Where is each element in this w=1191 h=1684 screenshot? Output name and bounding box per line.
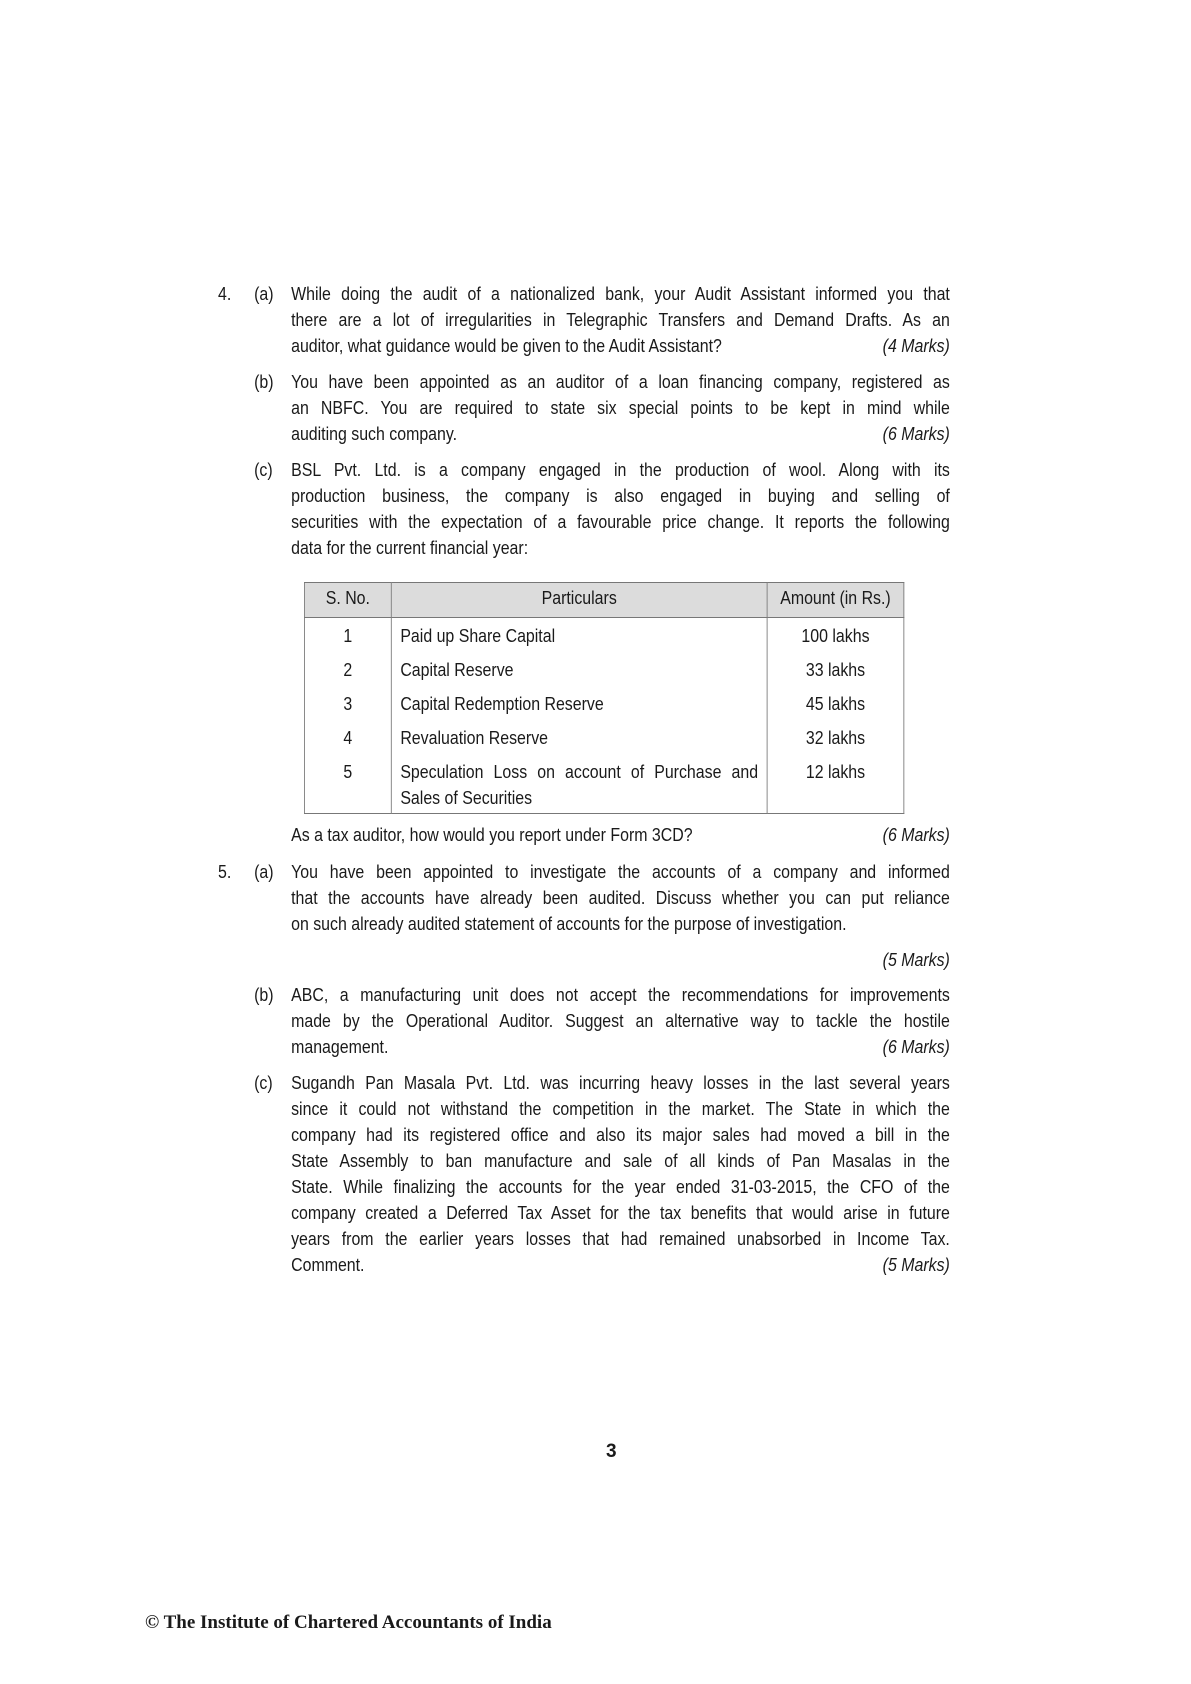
question-4a-text: While doing the audit of a nationalized …	[291, 281, 950, 359]
question-4: 4. (a) While doing the audit of a nation…	[218, 281, 1098, 359]
table-row: 4 Revaluation Reserve 32 lakhs	[304, 719, 903, 753]
question-4b: (b) You have been appointed as an audito…	[218, 369, 1098, 447]
question-4c: (c) BSL Pvt. Ltd. is a company engaged i…	[218, 457, 1098, 561]
question-5c-text: Sugandh Pan Masala Pvt. Ltd. was incurri…	[291, 1070, 950, 1278]
part-label: (c)	[254, 457, 273, 483]
column-header: Amount (in Rs.)	[767, 583, 904, 618]
table-row: 3 Capital Redemption Reserve 45 lakhs	[304, 685, 903, 719]
part-label: (b)	[254, 982, 273, 1008]
question-5a-text: You have been appointed to investigate t…	[291, 859, 950, 973]
table-row: 5 Speculation Loss on account of Purchas…	[304, 753, 903, 814]
part-label: (a)	[254, 281, 273, 307]
question-4c-text: BSL Pvt. Ltd. is a company engaged in th…	[291, 457, 950, 561]
table-row: 2 Capital Reserve 33 lakhs	[304, 651, 903, 685]
marks: (6 Marks)	[883, 822, 950, 848]
table-header-row: S. No. Particulars Amount (in Rs.)	[304, 583, 903, 618]
question-5: 5. (a) You have been appointed to invest…	[218, 859, 1098, 969]
question-number: 4.	[218, 281, 231, 307]
marks: (5 Marks)	[883, 949, 950, 970]
table-row: 1 Paid up Share Capital 100 lakhs	[304, 618, 903, 652]
page-number: 3	[606, 1441, 617, 1463]
marks: (6 Marks)	[883, 421, 950, 447]
marks: (4 Marks)	[883, 333, 950, 359]
question-5c: (c) Sugandh Pan Masala Pvt. Ltd. was inc…	[218, 1070, 1098, 1278]
question-number: 5.	[218, 859, 231, 885]
part-label: (b)	[254, 369, 273, 395]
question-4b-text: You have been appointed as an auditor of…	[291, 369, 950, 447]
part-label: (c)	[254, 1070, 273, 1096]
data-table: S. No. Particulars Amount (in Rs.) 1 Pai…	[304, 582, 904, 814]
copyright-footer: © The Institute of Chartered Accountants…	[145, 1612, 552, 1634]
part-label: (a)	[254, 859, 273, 885]
marks: (6 Marks)	[883, 1034, 950, 1060]
question-4c-followup: As a tax auditor, how would you report u…	[218, 822, 1098, 848]
question-5b: (b) ABC, a manufacturing unit does not a…	[218, 982, 1098, 1060]
column-header: Particulars	[391, 583, 767, 618]
column-header: S. No.	[304, 583, 391, 618]
marks: (5 Marks)	[883, 1252, 950, 1278]
question-5b-text: ABC, a manufacturing unit does not accep…	[291, 982, 950, 1060]
